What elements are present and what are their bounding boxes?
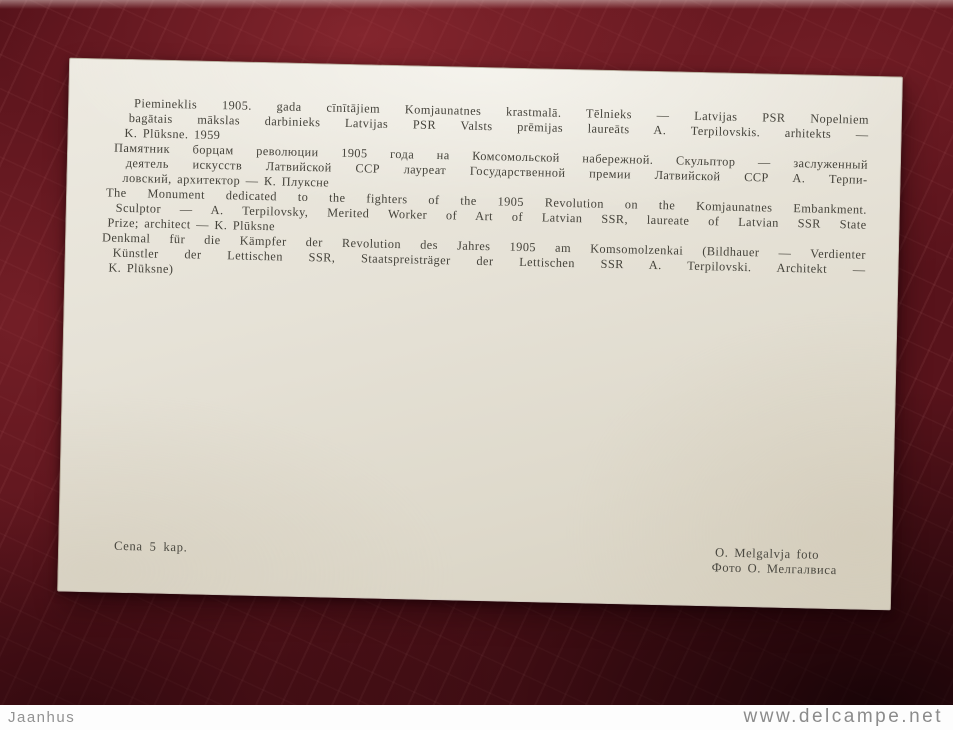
watermark-site-url: www.delcampe.net — [744, 706, 943, 728]
postcard-back: Piemineklis 1905. gada cīnītājiem Komjau… — [57, 58, 903, 611]
watermark-bar: Jaanhus www.delcampe.net — [0, 705, 953, 730]
price-label: Cena 5 kap. — [114, 539, 188, 556]
caption-block: Piemineklis 1905. gada cīnītājiem Komjau… — [65, 95, 901, 294]
photo-credit: O. Melgalvja foto Фото О. Мелгалвиса — [712, 545, 838, 578]
watermark-seller-name: Jaanhus — [8, 709, 75, 726]
photo-scene: Piemineklis 1905. gada cīnītājiem Komjau… — [0, 0, 953, 730]
photo-credit-russian: Фото О. Мелгалвиса — [712, 560, 837, 578]
